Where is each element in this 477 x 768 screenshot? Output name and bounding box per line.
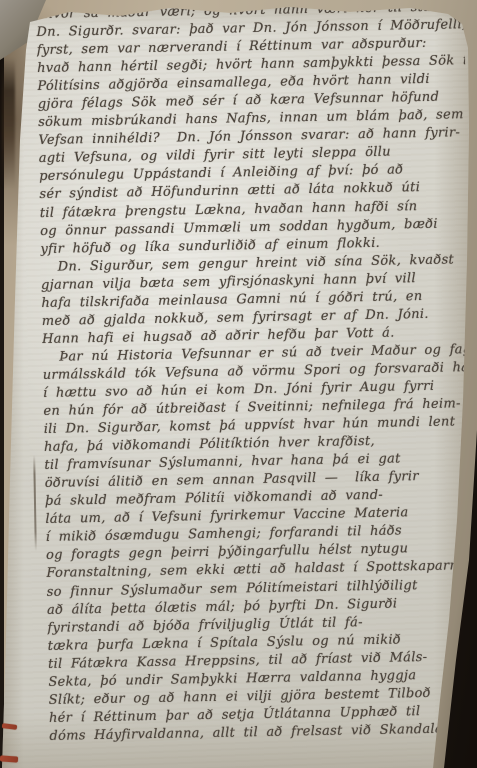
- wax-mark: [0, 755, 18, 762]
- manuscript-page: hvör sá maður væri; og hvört hann væri h…: [0, 0, 477, 768]
- handwritten-text: hvör sá maður væri; og hvört hann væri h…: [36, 0, 477, 746]
- margin-pen-stroke: [33, 455, 37, 551]
- binding-shadow-streak: [2, 58, 15, 188]
- photo-background: hvör sá maður væri; og hvört hann væri h…: [0, 0, 477, 768]
